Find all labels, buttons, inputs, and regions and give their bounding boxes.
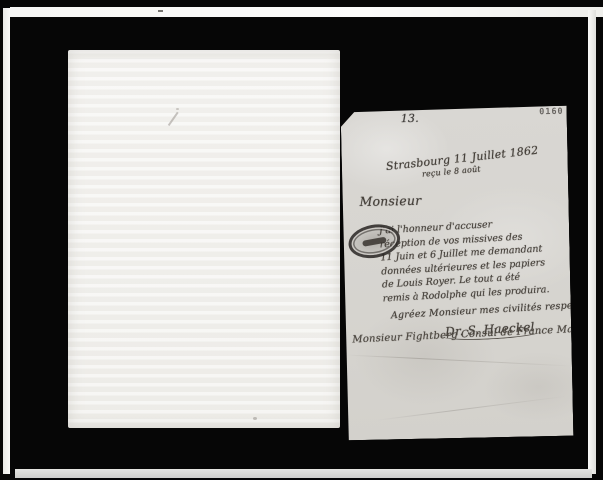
letter-salutation: Monsieur — [359, 193, 421, 209]
paper-speck — [253, 417, 257, 420]
frame-counter: 0160 — [539, 107, 564, 118]
paper-crease — [378, 396, 567, 421]
film-frame-mark — [158, 10, 163, 12]
film-scan-background: 13. 0160 Strasbourg 11 Juillet 1862 reçu… — [0, 0, 603, 480]
page-number: 13. — [401, 112, 419, 125]
film-frame-left-band — [3, 8, 10, 474]
pencil-mark — [168, 112, 178, 126]
film-frame-right-band — [588, 10, 596, 474]
pencil-dot-mark — [176, 108, 179, 110]
oval-stamp-center — [362, 236, 387, 246]
letter-page: 13. 0160 Strasbourg 11 Juillet 1862 reçu… — [341, 106, 574, 441]
film-frame-bottom-band — [15, 469, 592, 478]
paper-crease — [346, 354, 572, 366]
blank-page — [68, 50, 340, 428]
film-frame-top-band — [10, 7, 603, 17]
letter-body: J'ai l'honneur d'accuser réception de vo… — [379, 215, 550, 305]
